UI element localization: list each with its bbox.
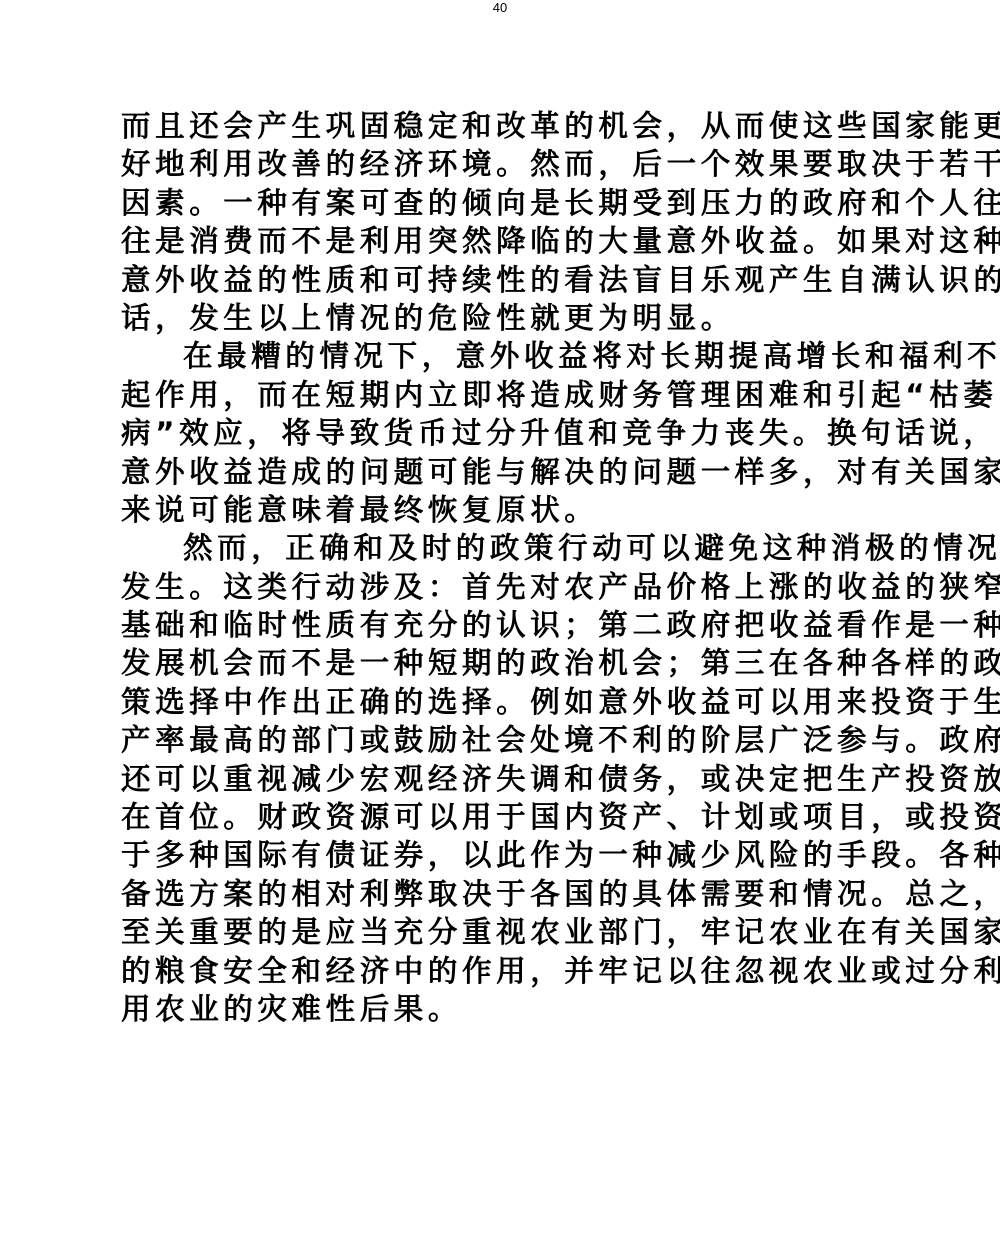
text-line: 意外收益造成的问题可能与解决的问题一样多，对有关国家 xyxy=(121,453,927,491)
text-line: 往是消费而不是利用突然降临的大量意外收益。如果对这种 xyxy=(121,222,927,260)
text-line: 来说可能意味着最终恢复原状。 xyxy=(121,491,927,529)
text-line: 病”效应，将导致货币过分升值和竞争力丧失。换句话说， xyxy=(121,414,927,452)
text-line: 意外收益的性质和可持续性的看法盲目乐观产生自满认识的 xyxy=(121,261,927,299)
text-line: 然而，正确和及时的政策行动可以避免这种消极的情况 xyxy=(121,529,927,567)
document-body: 而且还会产生巩固稳定和改革的机会，从而使这些国家能更 好地利用改善的经济环境。然… xyxy=(121,107,927,1028)
paragraph-1: 而且还会产生巩固稳定和改革的机会，从而使这些国家能更 好地利用改善的经济环境。然… xyxy=(121,107,927,337)
paragraph-3: 然而，正确和及时的政策行动可以避免这种消极的情况 发生。这类行动涉及：首先对农产… xyxy=(121,529,927,1028)
text-line: 发展机会而不是一种短期的政治机会；第三在各种各样的政 xyxy=(121,644,927,682)
text-line: 发生。这类行动涉及：首先对农产品价格上涨的收益的狭窄 xyxy=(121,568,927,606)
text-line: 策选择中作出正确的选择。例如意外收益可以用来投资于生 xyxy=(121,683,927,721)
text-line: 在最糟的情况下，意外收益将对长期提高增长和福利不 xyxy=(121,337,927,375)
text-line: 好地利用改善的经济环境。然而，后一个效果要取决于若干 xyxy=(121,145,927,183)
page-number: 40 xyxy=(0,0,1000,16)
text-line: 而且还会产生巩固稳定和改革的机会，从而使这些国家能更 xyxy=(121,107,927,145)
text-line: 产率最高的部门或鼓励社会处境不利的阶层广泛参与。政府 xyxy=(121,721,927,759)
text-line: 备选方案的相对利弊取决于各国的具体需要和情况。总之， xyxy=(121,875,927,913)
text-line: 在首位。财政资源可以用于国内资产、计划或项目，或投资 xyxy=(121,798,927,836)
text-line: 于多种国际有债证券，以此作为一种减少风险的手段。各种 xyxy=(121,836,927,874)
text-line: 的粮食安全和经济中的作用，并牢记以往忽视农业或过分利 xyxy=(121,952,927,990)
paragraph-2: 在最糟的情况下，意外收益将对长期提高增长和福利不 起作用，而在短期内立即将造成财… xyxy=(121,337,927,529)
text-line: 还可以重视减少宏观经济失调和债务，或决定把生产投资放 xyxy=(121,760,927,798)
text-line: 至关重要的是应当充分重视农业部门，牢记农业在有关国家 xyxy=(121,913,927,951)
text-line: 起作用，而在短期内立即将造成财务管理困难和引起“枯萎 xyxy=(121,376,927,414)
text-line: 因素。一种有案可查的倾向是长期受到压力的政府和个人往 xyxy=(121,184,927,222)
text-line: 话，发生以上情况的危险性就更为明显。 xyxy=(121,299,927,337)
text-line: 基础和临时性质有充分的认识；第二政府把收益看作是一种 xyxy=(121,606,927,644)
text-line: 用农业的灾难性后果。 xyxy=(121,990,927,1028)
